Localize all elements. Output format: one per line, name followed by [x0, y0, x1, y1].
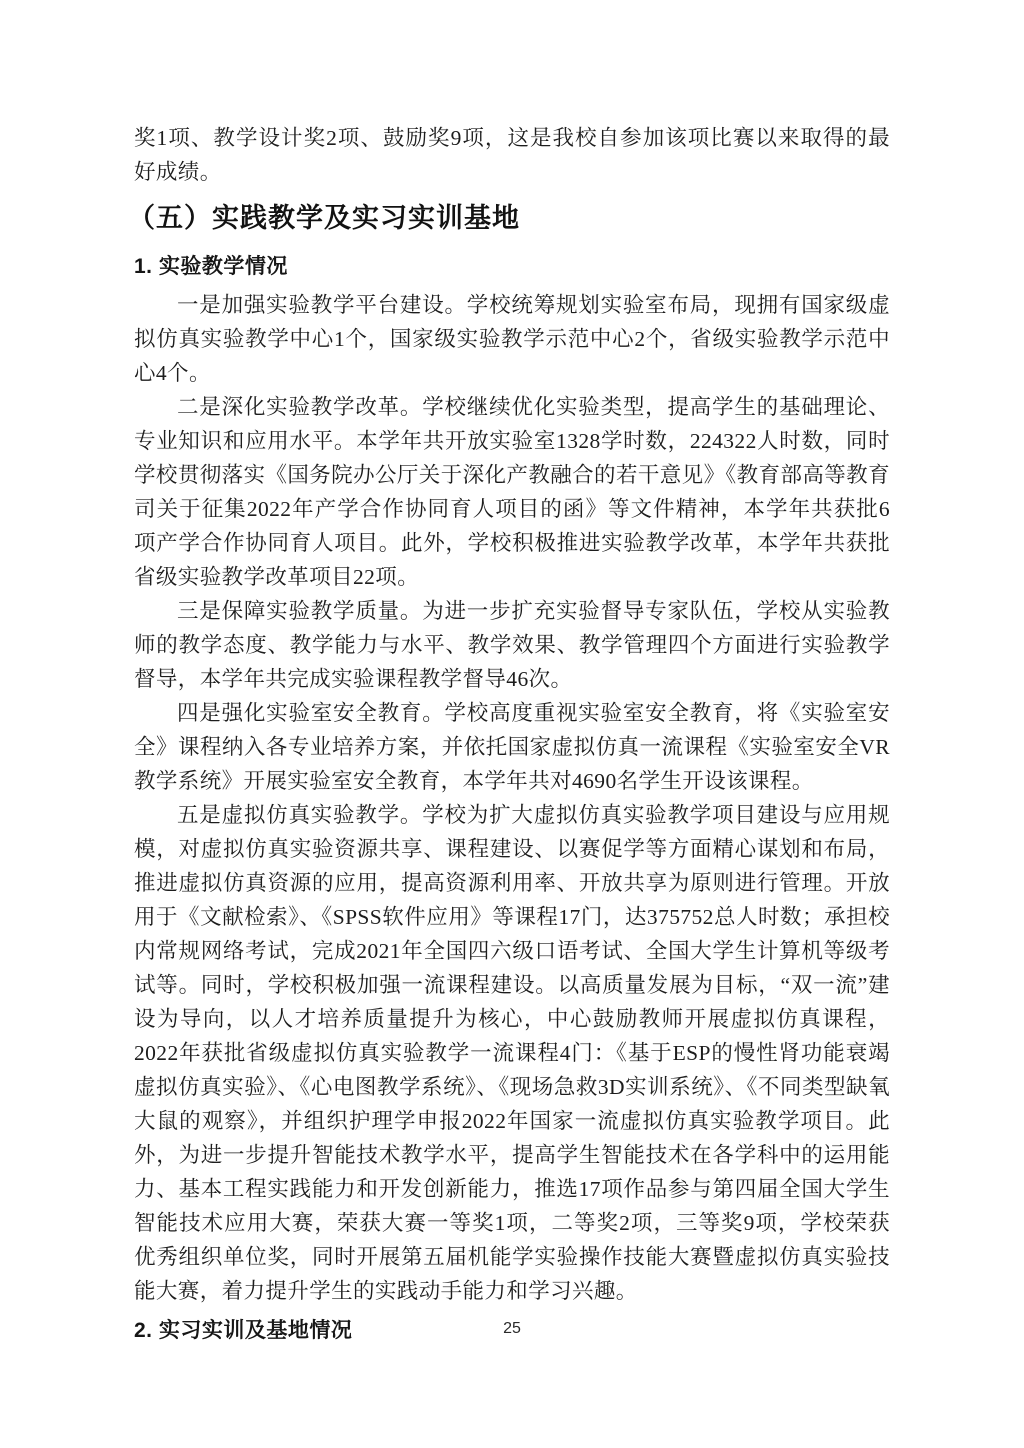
continuation-paragraph: 奖1项、教学设计奖2项、鼓励奖9项，这是我校自参加该项比赛以来取得的最好成绩。 [134, 121, 890, 189]
section-heading: （五）实践教学及实习实训基地 [128, 199, 890, 237]
paragraph-teaching-quality: 三是保障实验教学质量。为进一步扩充实验督导专家队伍，学校从实验教师的教学态度、教… [134, 594, 890, 696]
document-page: 奖1项、教学设计奖2项、鼓励奖9项，这是我校自参加该项比赛以来取得的最好成绩。 … [0, 0, 1024, 1448]
subsection-1-title: 1. 实验教学情况 [134, 252, 890, 282]
paragraph-teaching-reform: 二是深化实验教学改革。学校继续优化实验类型，提高学生的基础理论、专业知识和应用水… [134, 390, 890, 594]
page-content: 奖1项、教学设计奖2项、鼓励奖9项，这是我校自参加该项比赛以来取得的最好成绩。 … [134, 121, 890, 1346]
paragraph-experiment-platform: 一是加强实验教学平台建设。学校统筹规划实验室布局，现拥有国家级虚拟仿真实验教学中… [134, 288, 890, 390]
paragraph-lab-safety: 四是强化实验室安全教育。学校高度重视实验室安全教育，将《实验室安全》课程纳入各专… [134, 696, 890, 798]
paragraph-virtual-simulation: 五是虚拟仿真实验教学。学校为扩大虚拟仿真实验教学项目建设与应用规模，对虚拟仿真实… [134, 798, 890, 1308]
page-number: 25 [0, 1320, 1024, 1338]
